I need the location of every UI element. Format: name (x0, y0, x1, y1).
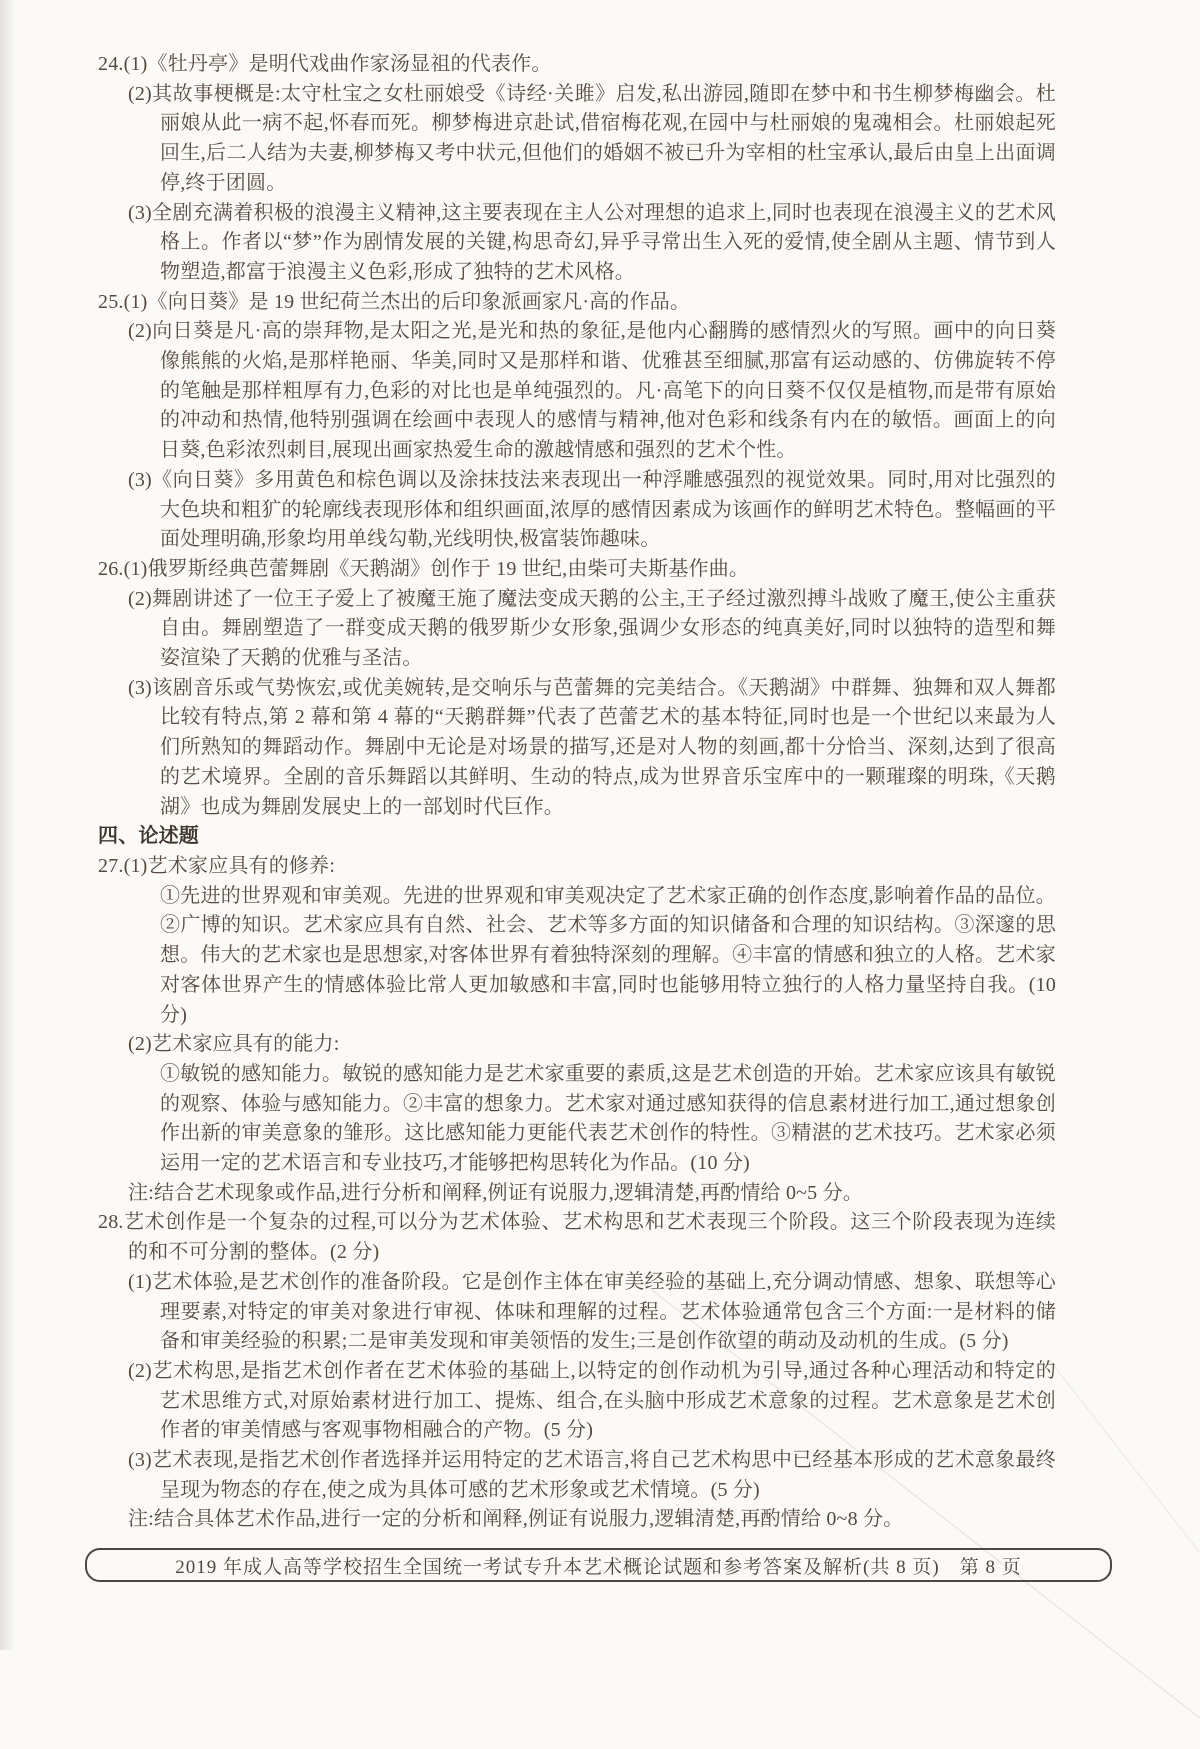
answer-paragraph: ①敏锐的感知能力。敏锐的感知能力是艺术家重要的素质,这是艺术创造的开始。艺术家应… (98, 1060, 1056, 1179)
answer-paragraph: (2)艺术构思,是指艺术创作者在艺术体验的基础上,以特定的创作动机为引导,通过各… (98, 1357, 1056, 1446)
section-heading: 四、论述题 (98, 822, 1056, 852)
answer-paragraph: (3)该剧音乐或气势恢宏,或优美婉转,是交响乐与芭蕾舞的完美结合。《天鹅湖》中群… (98, 674, 1056, 823)
answer-paragraph: 28.艺术创作是一个复杂的过程,可以分为艺术体验、艺术构思和艺术表现三个阶段。这… (98, 1208, 1056, 1267)
answer-paragraph: 注:结合艺术现象或作品,进行分析和阐释,例证有说服力,逻辑清楚,再酌情给 0~5… (98, 1179, 1056, 1209)
answer-paragraph: (3)《向日葵》多用黄色和棕色调以及涂抹技法来表现出一种浮雕感强烈的视觉效果。同… (98, 466, 1056, 555)
item-number: 28. (98, 1211, 124, 1233)
item-number: 24. (98, 53, 124, 75)
item-number: 25. (98, 291, 124, 313)
answer-paragraph: 注:结合具体艺术作品,进行一定的分析和阐释,例证有说服力,逻辑清楚,再酌情给 0… (98, 1505, 1056, 1535)
scan-crease (1049, 1360, 1200, 1650)
page-footer: 2019 年成人高等学校招生全国统一考试专升本艺术概论试题和参考答案及解析(共 … (85, 1548, 1112, 1582)
answer-paragraph: 26.(1)俄罗斯经典芭蕾舞剧《天鹅湖》创作于 19 世纪,由柴可夫斯基作曲。 (98, 555, 1056, 585)
footer-text: 2019 年成人高等学校招生全国统一考试专升本艺术概论试题和参考答案及解析(共 … (175, 1552, 1021, 1579)
answer-content: 24.(1)《牡丹亭》是明代戏曲作家汤显祖的代表作。(2)其故事梗概是:太守杜宝… (98, 50, 1056, 1535)
item-number: 26. (98, 558, 124, 580)
answer-paragraph: (2)向日葵是凡·高的崇拜物,是太阳之光,是光和热的象征,是他内心翻腾的感情烈火… (98, 317, 1056, 466)
answer-paragraph: ①先进的世界观和审美观。先进的世界观和审美观决定了艺术家正确的创作态度,影响着作… (98, 882, 1056, 1031)
answer-paragraph: (2)其故事梗概是:太守杜宝之女杜丽娘受《诗经·关雎》启发,私出游园,随即在梦中… (98, 80, 1056, 199)
answer-paragraph: (1)艺术体验,是艺术创作的准备阶段。它是创作主体在审美经验的基础上,充分调动情… (98, 1268, 1056, 1357)
answer-paragraph: 24.(1)《牡丹亭》是明代戏曲作家汤显祖的代表作。 (98, 50, 1056, 80)
answer-paragraph: 27.(1)艺术家应具有的修养: (98, 852, 1056, 882)
answer-paragraph: (3)全剧充满着积极的浪漫主义精神,这主要表现在主人公对理想的追求上,同时也表现… (98, 199, 1056, 288)
scanned-exam-page: 24.(1)《牡丹亭》是明代戏曲作家汤显祖的代表作。(2)其故事梗概是:太守杜宝… (0, 0, 1200, 1650)
answer-paragraph: 25.(1)《向日葵》是 19 世纪荷兰杰出的后印象派画家凡·高的作品。 (98, 288, 1056, 318)
item-number: 27. (98, 855, 124, 877)
answer-paragraph: (3)艺术表现,是指艺术创作者选择并运用特定的艺术语言,将自己艺术构思中已经基本… (98, 1446, 1056, 1505)
answer-paragraph: (2)艺术家应具有的能力: (98, 1030, 1056, 1060)
answer-paragraph: (2)舞剧讲述了一位王子爱上了被魔王施了魔法变成天鹅的公主,王子经过激烈搏斗战败… (98, 585, 1056, 674)
